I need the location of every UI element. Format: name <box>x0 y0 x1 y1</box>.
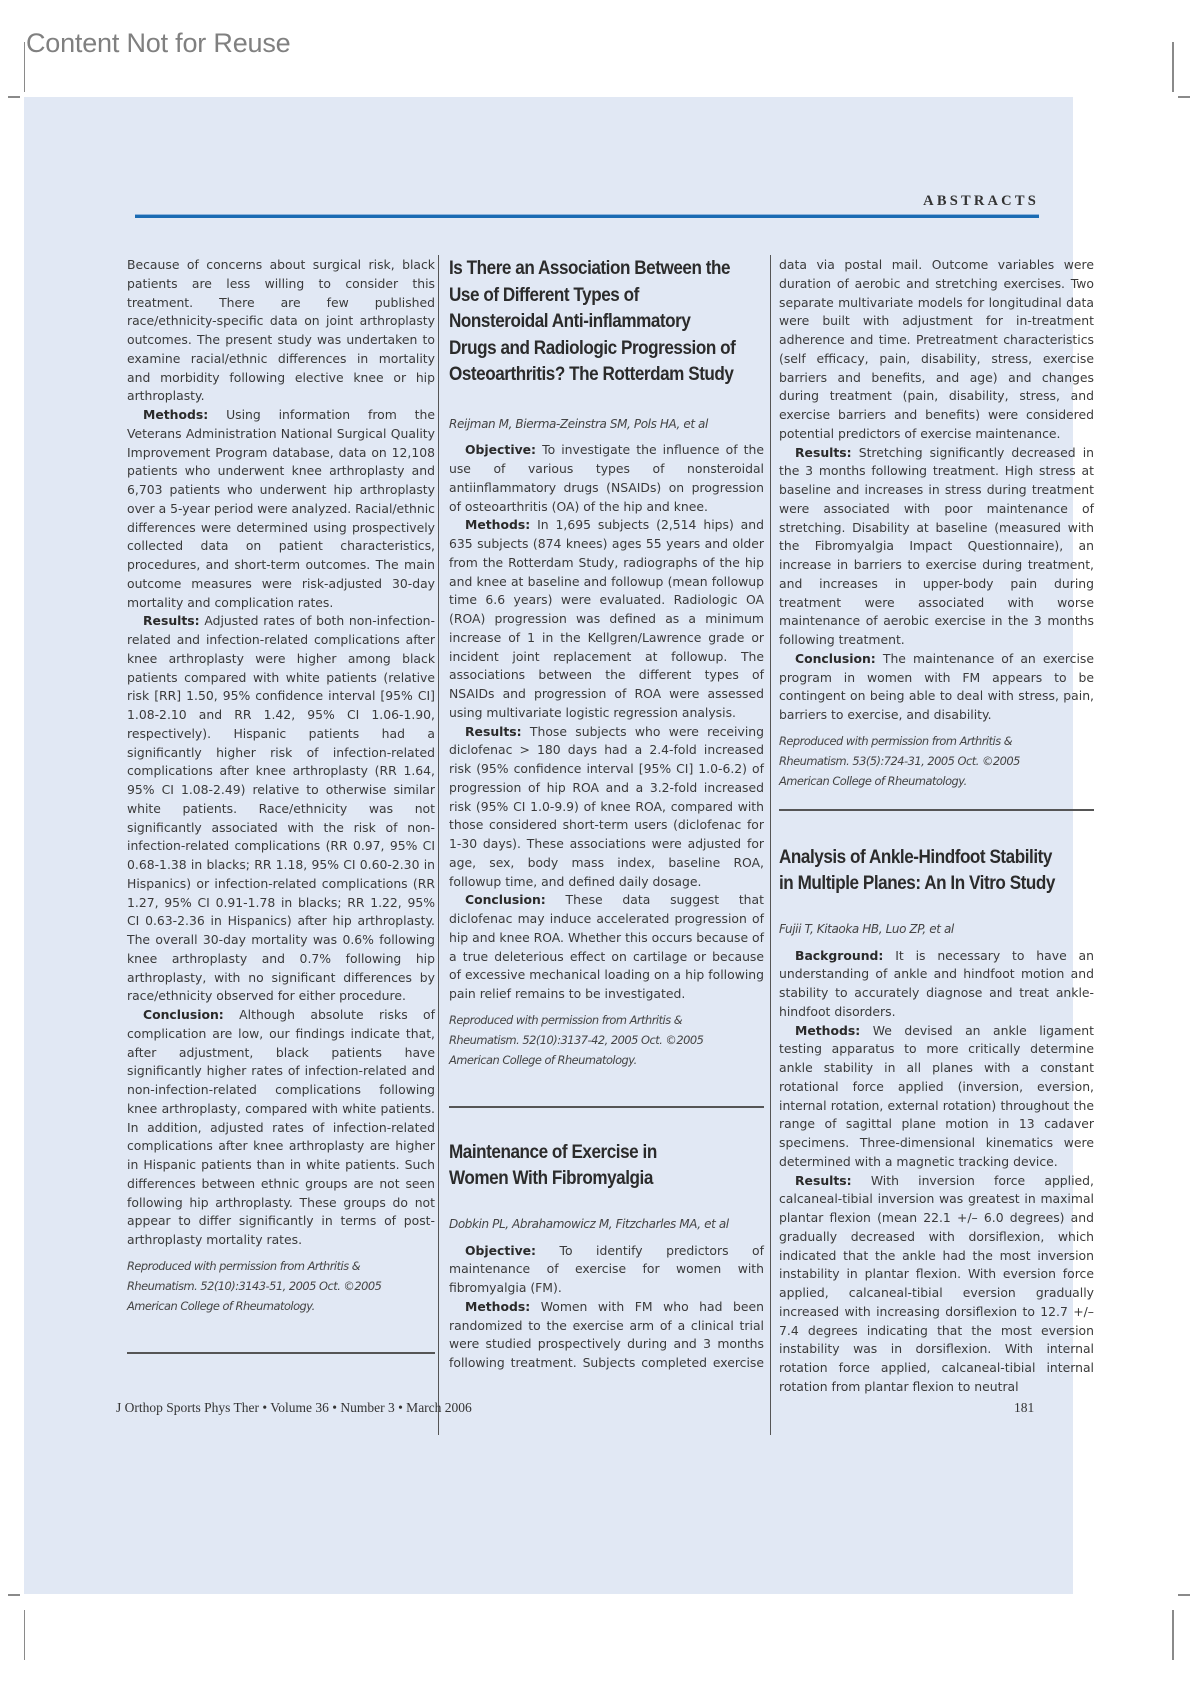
crop-mark-tr-h <box>1178 96 1190 98</box>
article-authors: Reijman M, Bierma-Zeinstra SM, Pols HA, … <box>449 415 764 434</box>
crop-mark-tr-v <box>1172 42 1174 92</box>
column-3: data via postal mail. Outcome variables … <box>779 256 1094 1397</box>
methods-label: Methods: <box>143 407 208 422</box>
crop-mark-bl-v <box>24 1610 25 1660</box>
abstract-results: Results: Stretching significantly decrea… <box>779 444 1094 650</box>
abstract-methods: Methods: We devised an ankle ligament te… <box>779 1022 1094 1172</box>
results-label: Results: <box>143 613 200 628</box>
page-number: 181 <box>1014 1400 1034 1416</box>
reproduction-note: Reproduced with permission from Arthriti… <box>127 1256 387 1316</box>
journal-page: ABSTRACTS Because of concerns about surg… <box>24 97 1073 1594</box>
column-divider-1 <box>438 255 439 1435</box>
crop-mark-tl-h <box>8 96 20 98</box>
abstract-methods: Methods: Using information from the Vete… <box>127 406 435 612</box>
header-rule <box>135 214 1039 218</box>
conclusion-label: Conclusion: <box>143 1007 224 1022</box>
article-title: Maintenance of Exercise in Women With Fi… <box>449 1140 719 1193</box>
abstract-intro: Because of concerns about surgical risk,… <box>127 256 435 406</box>
column-divider-2 <box>770 255 771 1435</box>
watermark: Content Not for Reuse <box>26 28 290 59</box>
crop-mark-br-h <box>1178 1594 1190 1596</box>
abstract-methods: Methods: Women with FM who had been rand… <box>449 1298 764 1373</box>
article-title: Analysis of Ankle-Hindfoot Stability in … <box>779 845 1067 898</box>
crop-mark-br-v <box>1172 1610 1174 1660</box>
abstract-objective: Objective: To investigate the influence … <box>449 441 764 516</box>
article-divider <box>127 1352 435 1354</box>
crop-mark-tl-v <box>24 42 25 92</box>
abstract-results: Results: Adjusted rates of both non-infe… <box>127 612 435 1006</box>
abstract-conclusion: Conclusion: The maintenance of an exerci… <box>779 650 1094 725</box>
footer-citation: J Orthop Sports Phys Ther • Volume 36 • … <box>116 1400 472 1416</box>
column-2: Is There an Association Between the Use … <box>449 256 764 1373</box>
article-title: Is There an Association Between the Use … <box>449 256 737 389</box>
abstract-background: Background: It is necessary to have an u… <box>779 947 1094 1022</box>
reproduction-note: Reproduced with permission from Arthriti… <box>779 731 1039 791</box>
abstract-conclusion: Conclusion: These data suggest that dicl… <box>449 891 764 1004</box>
section-label: ABSTRACTS <box>24 193 1039 210</box>
abstract-objective: Objective: To identify predictors of mai… <box>449 1242 764 1298</box>
article-authors: Dobkin PL, Abrahamowicz M, Fitzcharles M… <box>449 1215 764 1234</box>
crop-mark-bl-h <box>8 1594 20 1596</box>
article-authors: Fujii T, Kitaoka HB, Luo ZP, et al <box>779 920 1094 939</box>
reproduction-note: Reproduced with permission from Arthriti… <box>449 1010 709 1070</box>
abstract-conclusion: Conclusion: Although absolute risks of c… <box>127 1006 435 1250</box>
abstract-results: Results: With inversion force applied, c… <box>779 1172 1094 1397</box>
column-1: Because of concerns about surgical risk,… <box>127 256 435 1354</box>
abstract-methods: Methods: In 1,695 subjects (2,514 hips) … <box>449 516 764 722</box>
abstract-results: Results: Those subjects who were receivi… <box>449 723 764 892</box>
abstract-methods-continued: data via postal mail. Outcome variables … <box>779 256 1094 444</box>
